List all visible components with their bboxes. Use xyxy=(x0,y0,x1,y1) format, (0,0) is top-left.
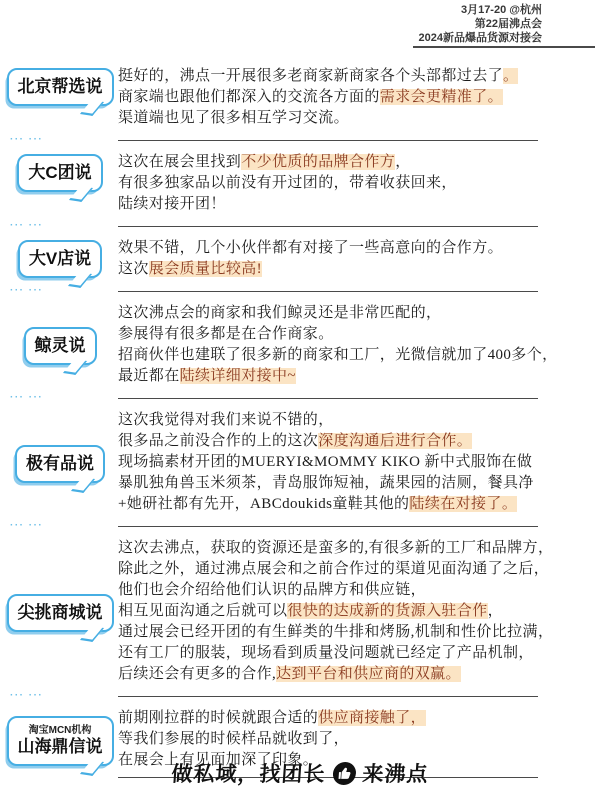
text-segment: 除此之外，通过沸点展会和之前合作过的渠道见面沟通了之后， xyxy=(118,561,549,577)
highlight: 深度沟通后进行合作。 xyxy=(318,433,472,449)
testimonial-line: 招商伙伴也建联了很多新的商家和工厂，光微信就加了400多个， xyxy=(118,345,590,366)
text-segment: 这次去沸点，获取的资源还是蛮多的,有很多新的工厂和品牌方， xyxy=(118,540,553,556)
testimonial-line: 暴肌独角兽玉米须茶，青岛服饰短袖，蔬果园的洁厕，餐具净 xyxy=(118,473,590,494)
brand-slogan: 做私域，找团长 来沸点 xyxy=(0,758,600,788)
speaker-column: 北京帮选说 xyxy=(0,66,118,106)
ellipsis-decoration: ··· ··· xyxy=(0,393,118,403)
slogan-left: 做私域，找团长 xyxy=(170,758,326,788)
text-segment: 还有工厂的服装，现场看到质量没问题就已经定了产品机制， xyxy=(118,645,534,661)
testimonial-line: 这次展会质量比较高! xyxy=(118,259,590,280)
text-segment: 这次在展会里找到 xyxy=(118,154,241,170)
text-segment: ， xyxy=(395,154,410,170)
highlight: 不少优质的品牌合作方 xyxy=(241,154,395,170)
testimonial-line: 有很多独家品以前没有开过团的，带着收获回来， xyxy=(118,173,590,194)
highlight: 。 xyxy=(503,68,518,84)
testimonial-line: 这次去沸点，获取的资源还是蛮多的,有很多新的工厂和品牌方， xyxy=(118,538,590,559)
testimonial-line: 这次我觉得对我们来说不错的， xyxy=(118,410,590,431)
event-info: 3月17-20 @杭州 第22届沸点会 2024新品爆品货源对接会 xyxy=(419,3,542,45)
divider xyxy=(118,398,538,399)
ellipsis-decoration: ··· ··· xyxy=(0,221,118,231)
event-date-location: 3月17-20 @杭州 xyxy=(419,3,542,17)
text-segment: 很多品之前没合作的上的这次 xyxy=(118,433,318,449)
text-segment: 挺好的，沸点一开展很多老商家新商家各个头部都过去了 xyxy=(118,68,503,84)
testimonial-text: 这次在展会里找到不少优质的品牌合作方，有很多独家品以前没有开过团的，带着收获回来… xyxy=(118,152,600,215)
text-segment: 通过展会已经开团的有生鲜类的牛排和烤肠,机制和性价比拉满， xyxy=(118,624,553,640)
testimonial-line: 除此之外，通过沸点展会和之前合作过的渠道见面沟通了之后， xyxy=(118,559,590,580)
ellipsis-decoration: ··· ··· xyxy=(0,286,118,296)
highlight: 展会质量比较高! xyxy=(149,261,262,277)
speaker-column: 大C团说 xyxy=(0,152,118,192)
highlight: 需求会更精准了。 xyxy=(380,89,503,105)
testimonial-line: 相互见面沟通之后就可以很快的达成新的货源入驻合作， xyxy=(118,601,590,622)
poster-page: 3月17-20 @杭州 第22届沸点会 2024新品爆品货源对接会 北京帮选说 … xyxy=(0,0,600,796)
testimonial-block: 大C团说 这次在展会里找到不少优质的品牌合作方，有很多独家品以前没有开过团的，带… xyxy=(0,152,600,215)
testimonial-line: 现场搞素材开团的MUERYI&MOMMY KIKO 新中式服饰在做 xyxy=(118,452,590,473)
ellipsis-decoration: ··· ··· xyxy=(0,691,118,701)
highlight: 陆续详细对接中~ xyxy=(180,368,296,384)
testimonial-line: 后续还会有更多的合作,达到平台和供应商的双赢。 xyxy=(118,664,590,685)
testimonial-line: 通过展会已经开团的有生鲜类的牛排和烤肠,机制和性价比拉满， xyxy=(118,622,590,643)
speaker-name: 极有品说 xyxy=(26,454,94,473)
speaker-column: 极有品说 xyxy=(0,443,118,483)
testimonial-line: 他们也会介绍给他们认识的品牌方和供应链， xyxy=(118,580,590,601)
text-segment: 参展得有很多都是在合作商家。 xyxy=(118,326,334,342)
text-segment: 陆续对接开团！ xyxy=(118,196,226,212)
divider xyxy=(118,526,538,527)
separator-row: ··· ··· xyxy=(0,286,600,296)
testimonial-line: 这次沸点会的商家和我们鲸灵还是非常匹配的， xyxy=(118,303,590,324)
speaker-column: 尖挑商城说 xyxy=(0,592,118,632)
speaker-name: 大V店说 xyxy=(29,249,91,268)
separator-row: ··· ··· xyxy=(0,221,600,231)
text-segment: 他们也会介绍给他们认识的品牌方和供应链， xyxy=(118,582,426,598)
highlight: 很快的达成新的货源入驻合作 xyxy=(287,603,487,619)
text-segment: 相互见面沟通之后就可以 xyxy=(118,603,287,619)
testimonial-line: 效果不错，几个小伙伴都有对接了一些高意向的合作方。 xyxy=(118,238,590,259)
speaker-column: 鲸灵说 xyxy=(0,325,118,365)
text-segment: 等我们参展的时候样品就收到了， xyxy=(118,731,349,747)
testimonial-block: 鲸灵说 这次沸点会的商家和我们鲸灵还是非常匹配的，参展得有很多都是在合作商家。招… xyxy=(0,303,600,387)
divider xyxy=(118,226,538,227)
text-segment: ， xyxy=(488,603,503,619)
testimonial-text: 这次我觉得对我们来说不错的，很多品之前没合作的上的这次深度沟通后进行合作。现场搞… xyxy=(118,410,600,515)
text-segment: 现场搞素材开团的MUERYI&MOMMY KIKO 新中式服饰在做 xyxy=(118,454,532,470)
testimonial-block: 大V店说 效果不错，几个小伙伴都有对接了一些高意向的合作方。这次展会质量比较高! xyxy=(0,238,600,280)
speaker-bubble: 大C团说 xyxy=(17,154,102,192)
speaker-subtitle: 淘宝MCN机构 xyxy=(18,725,103,737)
event-edition: 第22届沸点会 xyxy=(419,17,542,31)
testimonials: 北京帮选说 挺好的，沸点一开展很多老商家新商家各个头部都过去了。商家端也跟他们都… xyxy=(0,56,600,785)
event-title: 2024新品爆品货源对接会 xyxy=(419,31,542,45)
speaker-bubble: 北京帮选说 xyxy=(7,68,114,106)
testimonial-line: +她研社都有先开，ABCdoukids童鞋其他的陆续在对接了。 xyxy=(118,494,590,515)
testimonial-line: 前期刚拉群的时候就跟合适的供应商接触了， xyxy=(118,708,590,729)
highlight: 陆续在对接了。 xyxy=(409,496,517,512)
testimonial-block: 尖挑商城说 这次去沸点，获取的资源还是蛮多的,有很多新的工厂和品牌方，除此之外，… xyxy=(0,538,600,685)
text-segment: 暴肌独角兽玉米须茶，青岛服饰短袖，蔬果园的洁厕，餐具净 xyxy=(118,475,534,491)
testimonial-text: 这次去沸点，获取的资源还是蛮多的,有很多新的工厂和品牌方，除此之外，通过沸点展会… xyxy=(118,538,600,685)
text-segment: 招商伙伴也建联了很多新的商家和工厂，光微信就加了400多个， xyxy=(118,347,558,363)
text-segment: +她研社都有先开，ABCdoukids童鞋其他的 xyxy=(118,496,409,512)
divider xyxy=(118,696,538,697)
speaker-bubble: 鲸灵说 xyxy=(24,327,97,365)
text-segment: 这次沸点会的商家和我们鲸灵还是非常匹配的， xyxy=(118,305,441,321)
separator-row: ··· ··· xyxy=(0,393,600,403)
ellipsis-decoration: ··· ··· xyxy=(0,521,118,531)
text-segment: 这次 xyxy=(118,261,149,277)
testimonial-line: 陆续对接开团！ xyxy=(118,194,590,215)
divider xyxy=(118,140,538,141)
text-segment: 有很多独家品以前没有开过团的，带着收获回来， xyxy=(118,175,457,191)
speaker-name: 北京帮选说 xyxy=(18,77,103,96)
speaker-name: 大C团说 xyxy=(28,163,91,182)
testimonial-line: 等我们参展的时候样品就收到了， xyxy=(118,729,590,750)
testimonial-line: 还有工厂的服装，现场看到质量没问题就已经定了产品机制， xyxy=(118,643,590,664)
text-segment: 效果不错，几个小伙伴都有对接了一些高意向的合作方。 xyxy=(118,240,503,256)
speaker-column: 大V店说 xyxy=(0,238,118,278)
separator-row: ··· ··· xyxy=(0,521,600,531)
testimonial-text: 效果不错，几个小伙伴都有对接了一些高意向的合作方。这次展会质量比较高! xyxy=(118,238,600,280)
testimonial-line: 参展得有很多都是在合作商家。 xyxy=(118,324,590,345)
testimonial-line: 挺好的，沸点一开展很多老商家新商家各个头部都过去了。 xyxy=(118,66,590,87)
text-segment: 后续还会有更多的合作, xyxy=(118,666,276,682)
testimonial-line: 很多品之前没合作的上的这次深度沟通后进行合作。 xyxy=(118,431,590,452)
testimonial-line: 最近都在陆续详细对接中~ xyxy=(118,366,590,387)
testimonial-line: 商家端也跟他们都深入的交流各方面的需求会更精准了。 xyxy=(118,87,590,108)
testimonial-block: 北京帮选说 挺好的，沸点一开展很多老商家新商家各个头部都过去了。商家端也跟他们都… xyxy=(0,66,600,129)
text-segment: 前期刚拉群的时候就跟合适的 xyxy=(118,710,318,726)
speaker-name: 鲸灵说 xyxy=(35,336,86,355)
text-segment: 商家端也跟他们都深入的交流各方面的 xyxy=(118,89,380,105)
header-divider xyxy=(413,46,595,48)
testimonial-block: 极有品说 这次我觉得对我们来说不错的，很多品之前没合作的上的这次深度沟通后进行合… xyxy=(0,410,600,515)
text-segment: 这次我觉得对我们来说不错的， xyxy=(118,412,334,428)
ellipsis-decoration: ··· ··· xyxy=(0,135,118,145)
testimonial-text: 挺好的，沸点一开展很多老商家新商家各个头部都过去了。商家端也跟他们都深入的交流各… xyxy=(118,66,600,129)
text-segment: 最近都在 xyxy=(118,368,180,384)
testimonial-line: 渠道端也见了很多相互学习交流。 xyxy=(118,108,590,129)
slogan-right: 来沸点 xyxy=(361,758,429,788)
speaker-name: 尖挑商城说 xyxy=(18,603,103,622)
speaker-name: 山海鼎信说 xyxy=(18,737,103,756)
speaker-bubble: 极有品说 xyxy=(15,445,105,483)
speaker-bubble: 尖挑商城说 xyxy=(7,594,114,632)
testimonial-text: 这次沸点会的商家和我们鲸灵还是非常匹配的，参展得有很多都是在合作商家。招商伙伴也… xyxy=(118,303,600,387)
speaker-bubble: 大V店说 xyxy=(18,240,102,278)
separator-row: ··· ··· xyxy=(0,135,600,145)
text-segment: 渠道端也见了很多相互学习交流。 xyxy=(118,110,349,126)
separator-row: ··· ··· xyxy=(0,691,600,701)
highlight: 达到平台和供应商的双赢。 xyxy=(276,666,461,682)
highlight: 供应商接触了， xyxy=(318,710,426,726)
divider xyxy=(118,291,538,292)
testimonial-line: 这次在展会里找到不少优质的品牌合作方， xyxy=(118,152,590,173)
thumbs-up-icon xyxy=(332,762,357,785)
